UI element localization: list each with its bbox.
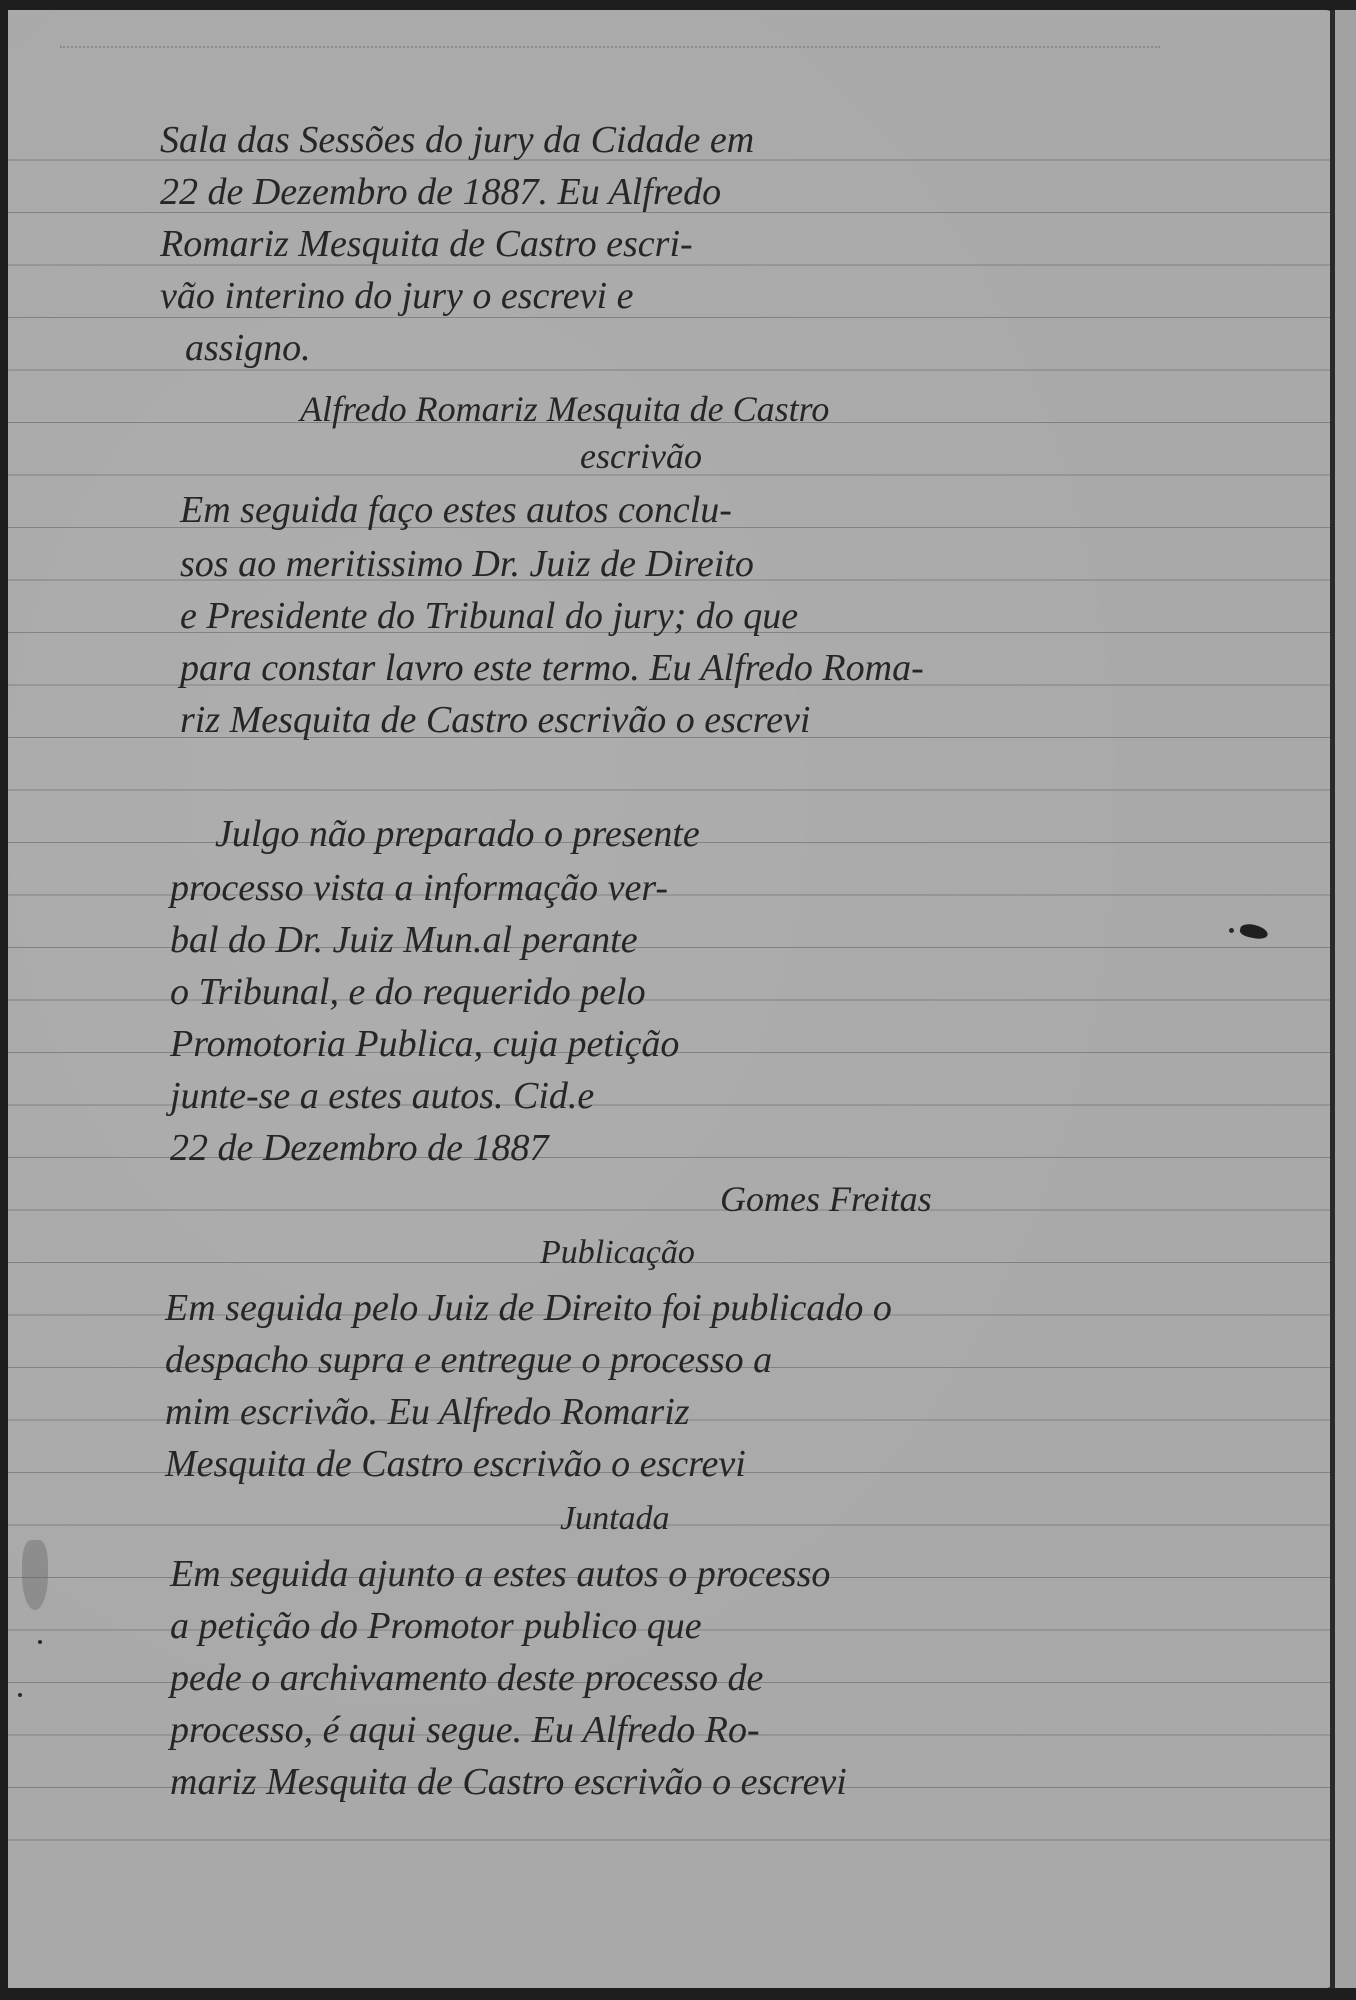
signature-judge: Gomes Freitas	[720, 1178, 932, 1220]
ink-dot	[38, 1640, 42, 1644]
text-line: processo vista a informação ver-	[170, 866, 668, 910]
signature-title: escrivão	[580, 435, 702, 477]
text-line: Sala das Sessões do jury da Cidade em	[160, 118, 754, 162]
top-edge-stain	[60, 30, 1160, 48]
section-heading: Juntada	[560, 1500, 670, 1538]
text-line: e Presidente do Tribunal do jury; do que	[180, 594, 798, 638]
text-line: 22 de Dezembro de 1887. Eu Alfredo	[160, 170, 721, 214]
judgment-date: 22 de Dezembro de 1887	[170, 1126, 549, 1170]
text-line: mariz Mesquita de Castro escrivão o escr…	[170, 1760, 847, 1804]
section-heading: Publicação	[540, 1234, 695, 1272]
text-line: Julgo não preparado o presente	[215, 812, 700, 856]
text-line: mim escrivão. Eu Alfredo Romariz	[165, 1390, 690, 1434]
text-line: riz Mesquita de Castro escrivão o escrev…	[180, 698, 810, 742]
text-line: o Tribunal, e do requerido pelo	[170, 970, 646, 1014]
text-line: Promotoria Publica, cuja petição	[170, 1022, 679, 1066]
text-line: bal do Dr. Juiz Mun.al perante	[170, 918, 638, 962]
text-line: Em seguida faço estes autos conclu-	[180, 488, 732, 532]
ink-dot	[18, 1693, 22, 1697]
text-line: junte-se a estes autos. Cid.e	[170, 1074, 594, 1118]
text-line: pede o archivamento deste processo de	[170, 1656, 763, 1700]
left-margin-stain	[22, 1540, 48, 1610]
ink-dot	[1229, 928, 1234, 933]
text-line: sos ao meritissimo Dr. Juiz de Direito	[180, 542, 754, 586]
text-line: Em seguida pelo Juiz de Direito foi publ…	[165, 1286, 892, 1330]
text-line: assigno.	[185, 326, 311, 370]
text-line: Mesquita de Castro escrivão o escrevi	[165, 1442, 746, 1486]
text-line: vão interino do jury o escrevi e	[160, 274, 633, 318]
text-line: a petição do Promotor publico que	[170, 1604, 702, 1648]
signature-text: Alfredo Romariz Mesquita de Castro	[300, 388, 829, 430]
text-line: para constar lavro este termo. Eu Alfred…	[180, 646, 924, 690]
text-line: Em seguida ajunto a estes autos o proces…	[170, 1552, 830, 1596]
text-line: despacho supra e entregue o processo a	[165, 1338, 772, 1382]
adjacent-page-edge	[1335, 10, 1356, 1988]
text-line: processo, é aqui segue. Eu Alfredo Ro-	[170, 1708, 760, 1752]
text-line: Romariz Mesquita de Castro escri-	[160, 222, 693, 266]
